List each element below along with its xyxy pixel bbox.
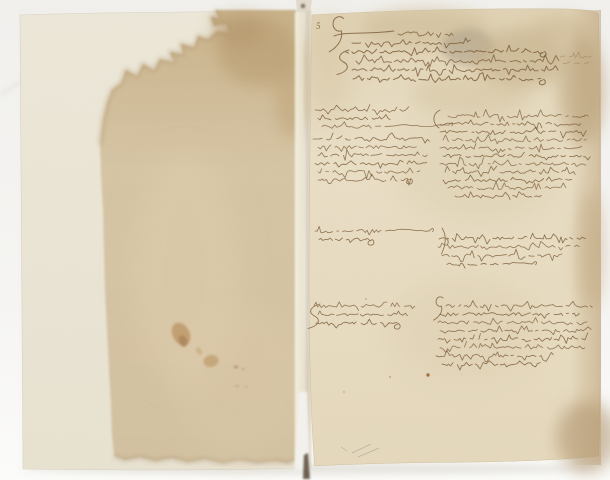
gutter-top-dark-spot xyxy=(301,4,305,8)
manuscript-scan-svg: 5 xyxy=(0,0,610,480)
paper-texture-overlay xyxy=(18,8,602,470)
manuscript-scan: 5 xyxy=(0,0,610,480)
